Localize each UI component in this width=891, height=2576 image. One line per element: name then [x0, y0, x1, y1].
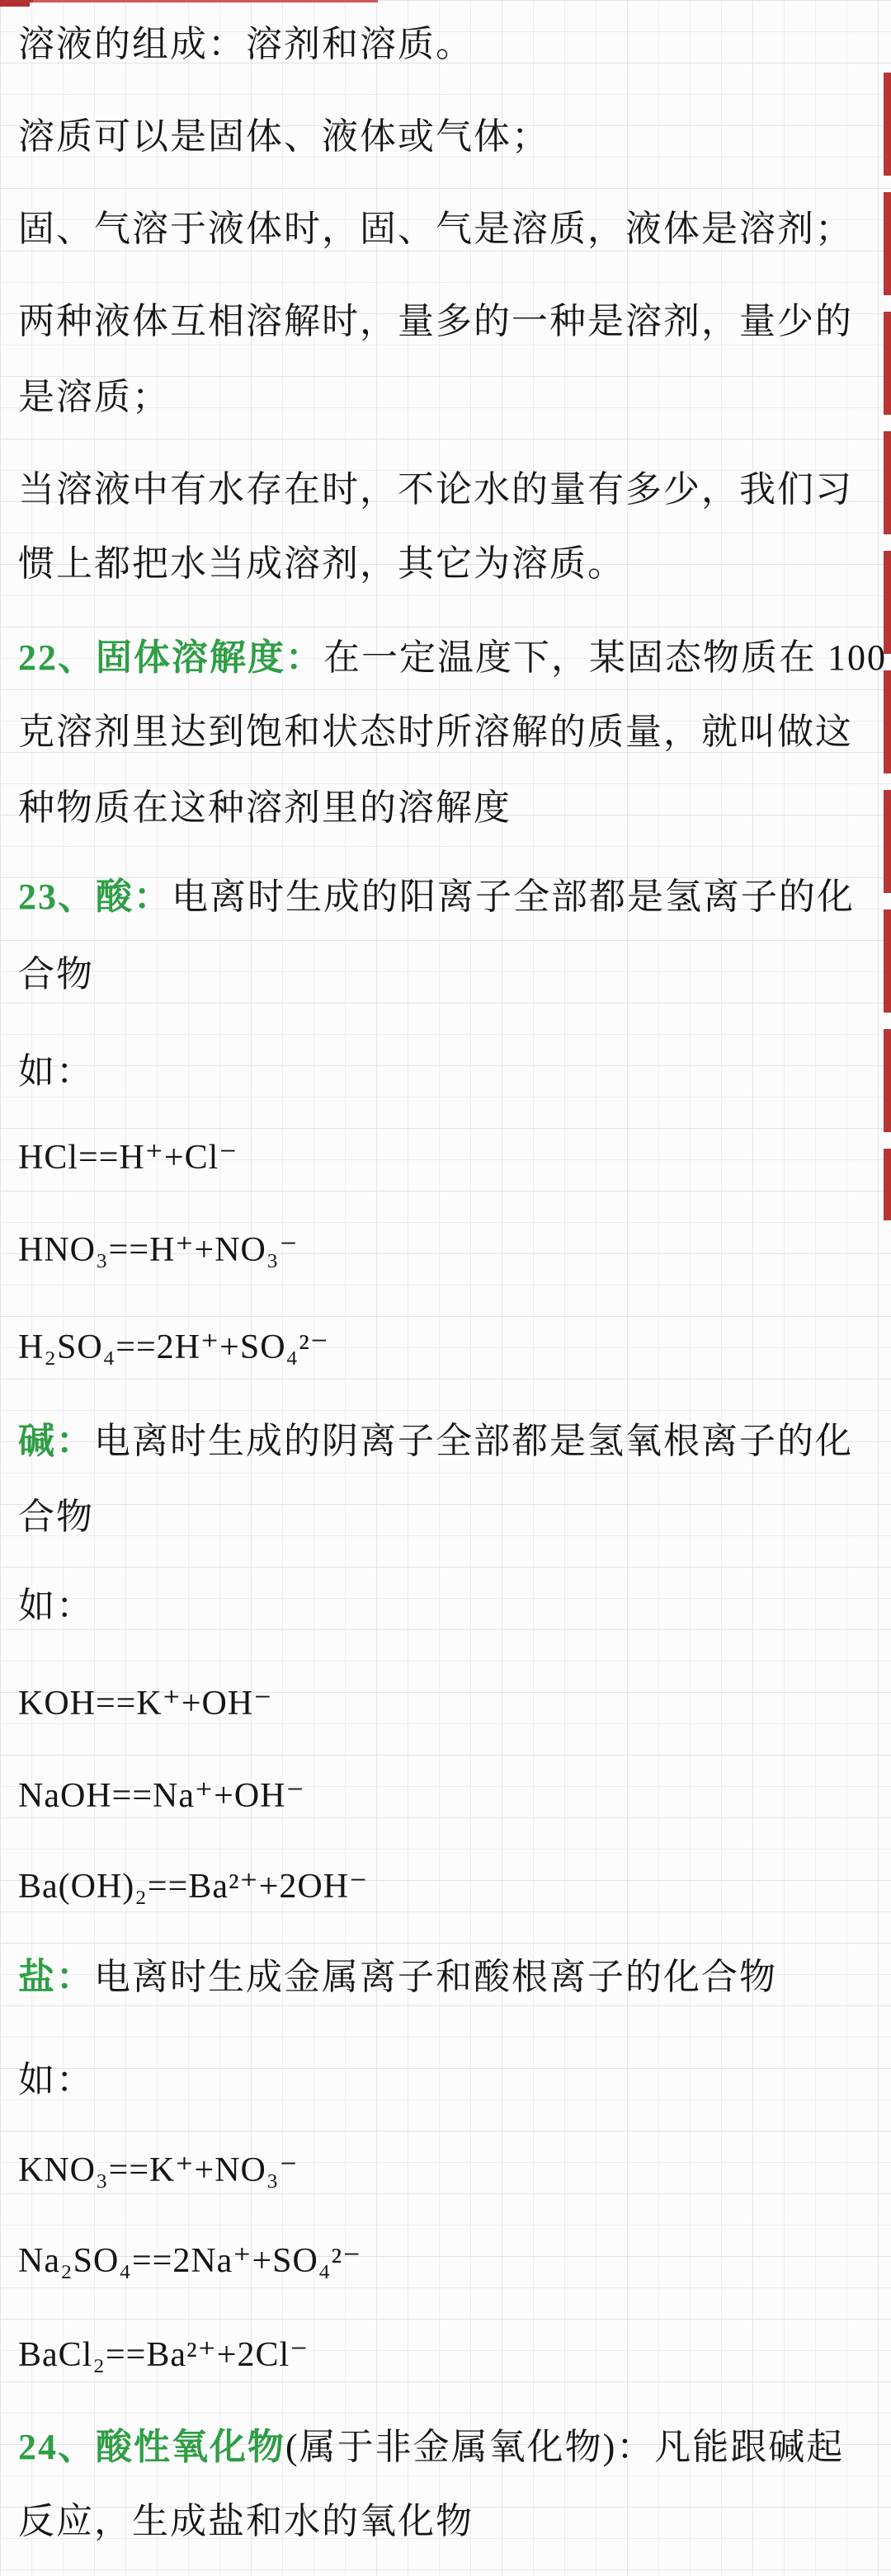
keyword-green: 24、酸性氧化物 [18, 2427, 285, 2467]
text-line: 22、固体溶解度：在一定温度下，某固态物质在 100 [18, 637, 887, 679]
text-segment: 电离时生成金属离子和酸根离子的化合物 [94, 1957, 777, 1997]
text-segment: 在一定温度下，某固态物质在 100 [323, 637, 887, 678]
keyword-green: 22、固体溶解度： [18, 637, 323, 678]
text-segment: 如： [18, 1051, 94, 1092]
text-line: 如： [18, 1051, 94, 1093]
text-segment: 溶液的组成：溶剂和溶质。 [18, 24, 474, 64]
notes-page: 溶液的组成：溶剂和溶质。溶质可以是固体、液体或气体；固、气溶于液体时，固、气是溶… [0, 0, 891, 2576]
text-line: 当溶液中有水存在时，不论水的量有多少，我们习 [18, 468, 853, 511]
keyword-green: 碱： [18, 1421, 94, 1461]
text-line: 24、酸性氧化物(属于非金属氧化物)：凡能跟碱起 [18, 2426, 844, 2469]
text-segment: 合物 [18, 1497, 94, 1537]
text-line: 如： [18, 2059, 94, 2102]
text-line: 盐：电离时生成金属离子和酸根离子的化合物 [18, 1956, 777, 1999]
text-segment: 克溶剂里达到饱和状态时所溶解的质量，就叫做这 [18, 712, 853, 752]
text-line: 克溶剂里达到饱和状态时所溶解的质量，就叫做这 [18, 711, 853, 754]
text-segment: 如： [18, 2060, 94, 2100]
text-segment: BaCl₂==Ba²⁺+2Cl⁻ [18, 2336, 309, 2374]
red-top-line [0, 0, 378, 2]
keyword-green: 盐： [18, 1957, 94, 1997]
text-line: 合物 [18, 1496, 94, 1539]
text-line: 23、酸：电离时生成的阳离子全部都是氢离子的化 [18, 876, 855, 919]
formula-line: HNO₃==H⁺+NO₃⁻ [18, 1229, 299, 1272]
text-segment: 两种液体互相溶解时，量多的一种是溶剂，量少的 [18, 301, 853, 341]
text-line: 溶质可以是固体、液体或气体； [18, 115, 549, 158]
text-line: 合物 [18, 953, 94, 996]
formula-line: NaOH==Na⁺+OH⁻ [18, 1775, 305, 1817]
text-segment: 种物质在这种溶剂里的溶解度 [18, 787, 511, 828]
text-segment: 如： [18, 1586, 94, 1626]
text-segment: NaOH==Na⁺+OH⁻ [18, 1777, 305, 1815]
text-segment: 合物 [18, 954, 94, 994]
text-line: 两种液体互相溶解时，量多的一种是溶剂，量少的 [18, 300, 853, 343]
text-segment: HNO₃==H⁺+NO₃⁻ [18, 1231, 299, 1269]
text-segment: KNO₃==K⁺+NO₃⁻ [18, 2151, 299, 2189]
text-segment: 是溶质； [18, 377, 170, 417]
keyword-green: 23、酸： [18, 877, 172, 917]
formula-line: Na₂SO₄==2Na⁺+SO₄²⁻ [18, 2240, 361, 2282]
text-segment: HCl==H⁺+Cl⁻ [18, 1139, 238, 1177]
text-line: 溶液的组成：溶剂和溶质。 [18, 23, 474, 66]
text-segment: H₂SO₄==2H⁺+SO₄²⁻ [18, 1328, 329, 1366]
text-segment: 电离时生成的阴离子全部都是氢氧根离子的化 [94, 1421, 853, 1461]
formula-line: HCl==H⁺+Cl⁻ [18, 1136, 238, 1179]
text-line: 反应，生成盐和水的氧化物 [18, 2500, 474, 2543]
text-segment: 溶质可以是固体、液体或气体； [18, 116, 549, 157]
text-line: 是溶质； [18, 376, 170, 419]
formula-line: KOH==K⁺+OH⁻ [18, 1682, 272, 1725]
text-line: 种物质在这种溶剂里的溶解度 [18, 787, 511, 830]
text-line: 惯上都把水当成溶剂，其它为溶质。 [18, 543, 625, 585]
text-segment: 惯上都把水当成溶剂，其它为溶质。 [18, 543, 625, 584]
text-line: 碱：电离时生成的阴离子全部都是氢氧根离子的化 [18, 1420, 853, 1463]
text-segment: 反应，生成盐和水的氧化物 [18, 2501, 474, 2541]
text-segment: Na₂SO₄==2Na⁺+SO₄²⁻ [18, 2242, 361, 2280]
text-segment: 当溶液中有水存在时，不论水的量有多少，我们习 [18, 469, 853, 510]
text-segment: 固、气溶于液体时，固、气是溶质，液体是溶剂； [18, 209, 853, 249]
text-segment: KOH==K⁺+OH⁻ [18, 1685, 272, 1723]
formula-line: KNO₃==K⁺+NO₃⁻ [18, 2149, 299, 2192]
formula-line: H₂SO₄==2H⁺+SO₄²⁻ [18, 1326, 329, 1369]
formula-line: BaCl₂==Ba²⁺+2Cl⁻ [18, 2334, 309, 2376]
text-line: 固、气溶于液体时，固、气是溶质，液体是溶剂； [18, 208, 853, 251]
text-line: 如： [18, 1585, 94, 1628]
text-segment: Ba(OH)₂==Ba²⁺+2OH⁻ [18, 1868, 368, 1906]
text-segment: 电离时生成的阳离子全部都是氢离子的化 [172, 877, 855, 917]
formula-line: Ba(OH)₂==Ba²⁺+2OH⁻ [18, 1865, 368, 1908]
text-segment: (属于非金属氧化物)：凡能跟碱起 [285, 2427, 844, 2467]
red-top-line-cap [0, 0, 30, 7]
